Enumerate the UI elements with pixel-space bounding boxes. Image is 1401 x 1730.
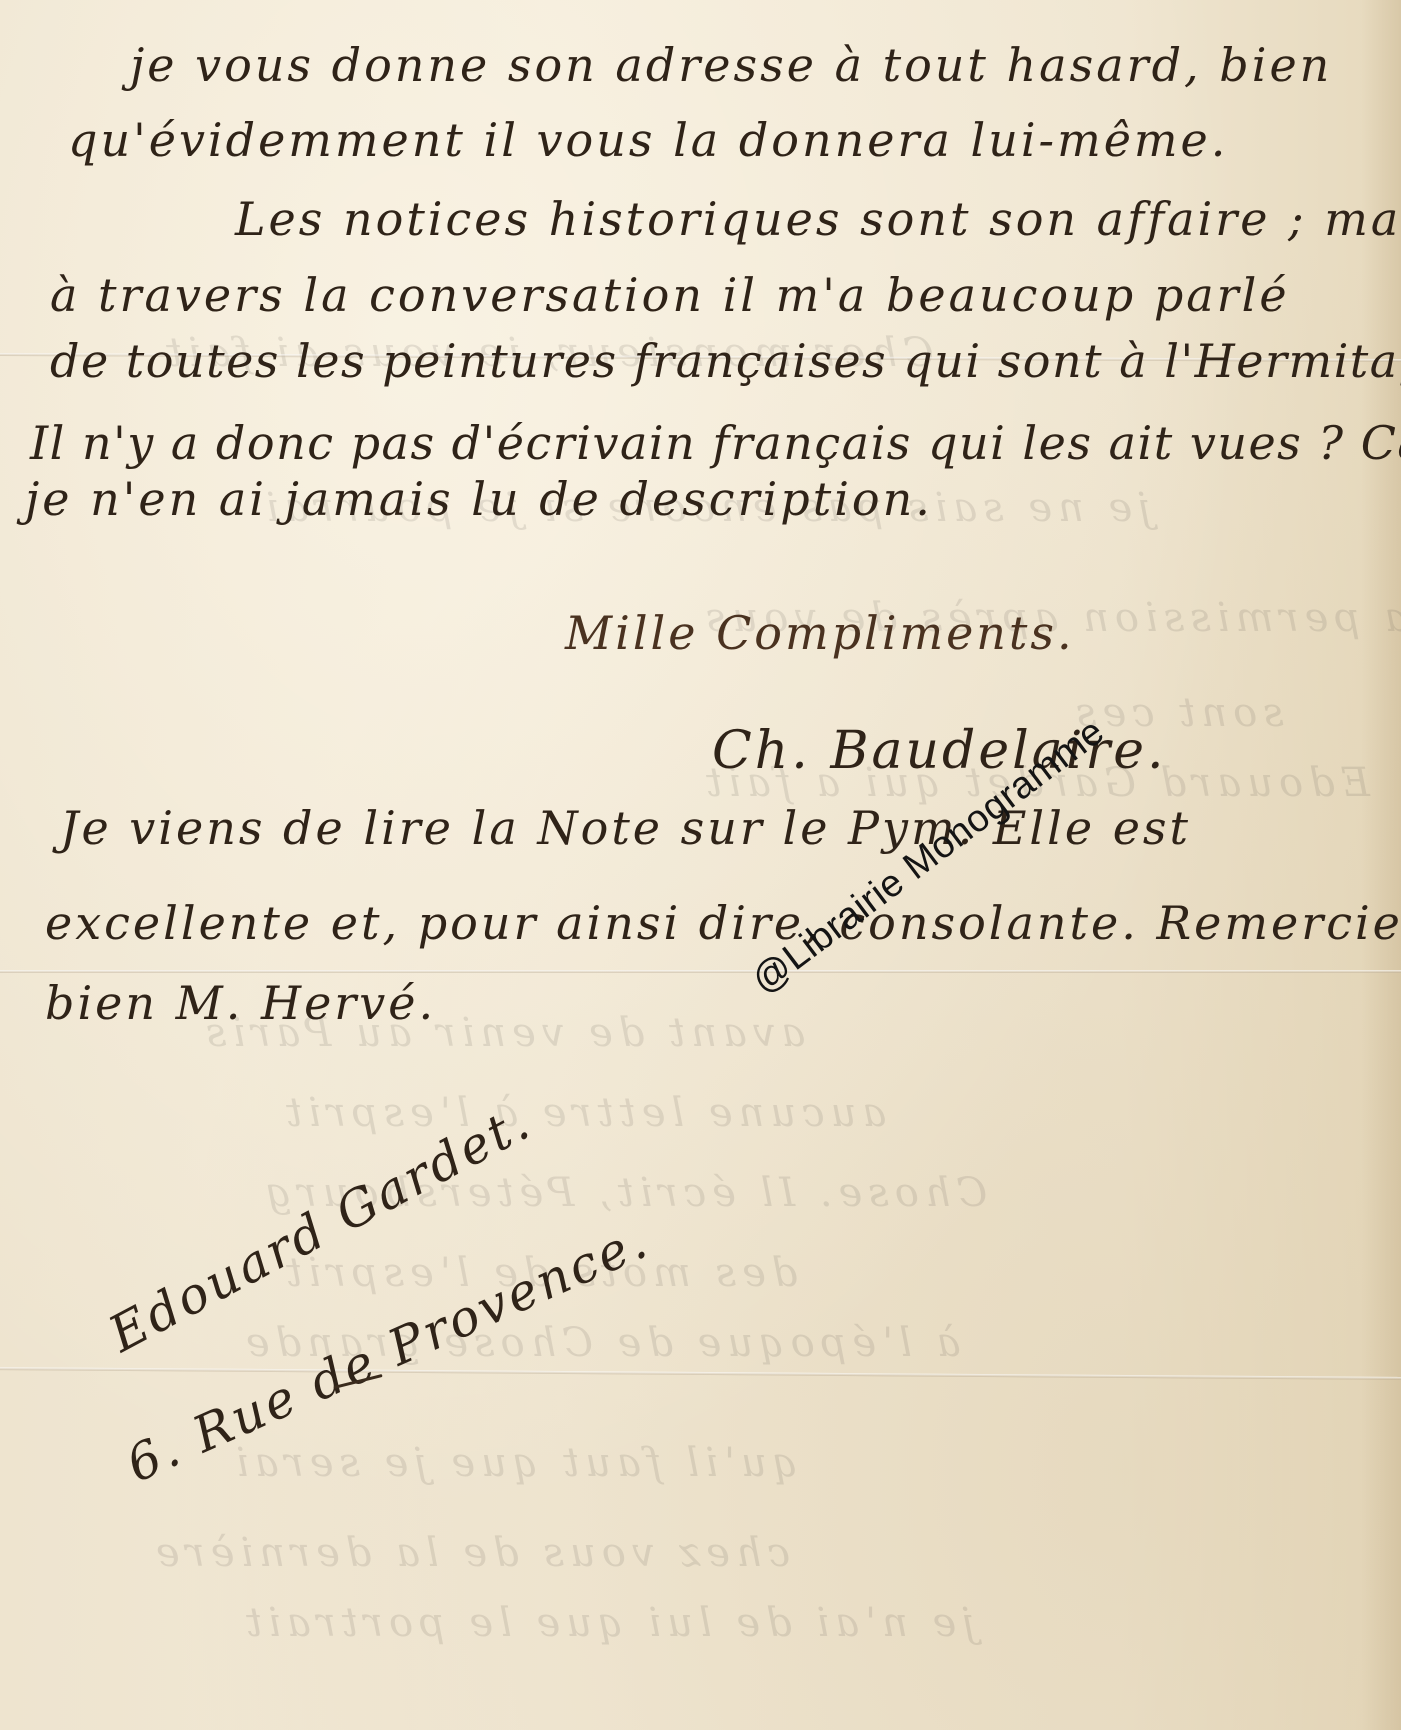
paper-edge-shadow bbox=[1361, 0, 1401, 1730]
letter-page: Cher monsieur, je vous ai fait je ne sai… bbox=[0, 0, 1401, 1730]
ghost-line: aucune lettre à l'esprit bbox=[280, 1090, 886, 1136]
body-line: je vous donne son adresse à tout hasard,… bbox=[130, 42, 1332, 88]
ghost-line: qu'il faut que je serai bbox=[230, 1440, 798, 1486]
postscript-line: excellente et, pour ainsi dire, consolan… bbox=[45, 900, 1401, 946]
address-street: 6. Rue de Provence. bbox=[120, 1215, 656, 1490]
ghost-line: je n'ai de lui que le portrait bbox=[240, 1600, 975, 1646]
postscript-line: bien M. Hervé. bbox=[45, 980, 436, 1026]
closing-salutation: Mille Compliments. bbox=[565, 610, 1075, 656]
reverse-side-show-through: Cher monsieur, je vous ai fait je ne sai… bbox=[0, 0, 1401, 1730]
body-line: Les notices historiques sont son affaire… bbox=[235, 196, 1401, 242]
ghost-line: chez vous de la dernière bbox=[150, 1530, 790, 1576]
body-line: qu'évidemment il vous la donnera lui-mêm… bbox=[68, 117, 1228, 163]
paper-fold-line bbox=[0, 970, 1401, 973]
body-line: de toutes les peintures françaises qui s… bbox=[50, 338, 1401, 384]
body-line: Il n'y a donc pas d'écrivain français qu… bbox=[30, 420, 1401, 466]
paper-fold-line bbox=[0, 1367, 1401, 1380]
body-line: à travers la conversation il m'a beaucou… bbox=[50, 272, 1290, 318]
body-line: je n'en ai jamais lu de description. bbox=[25, 476, 933, 522]
